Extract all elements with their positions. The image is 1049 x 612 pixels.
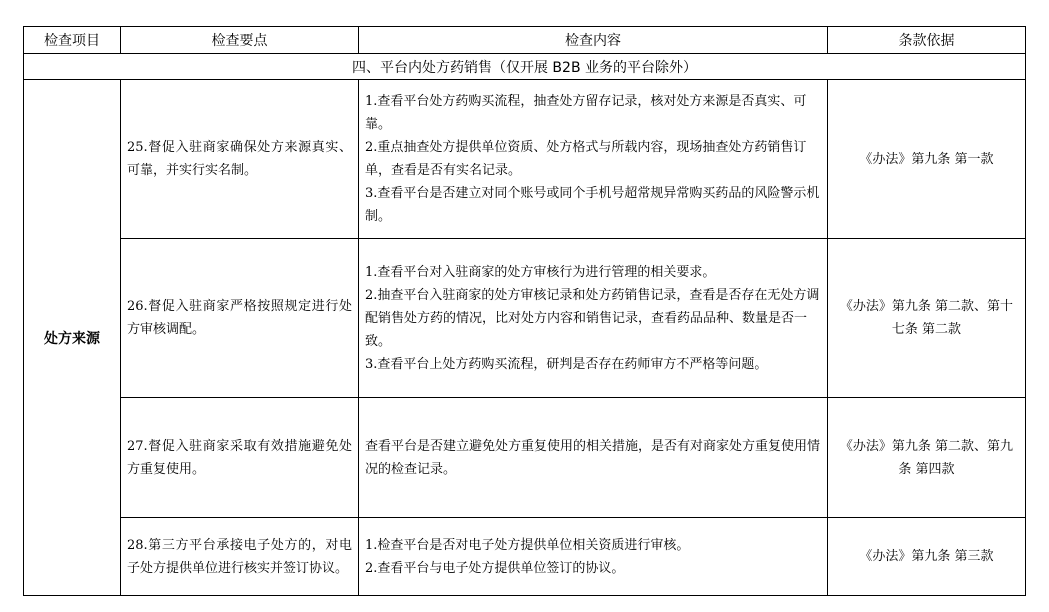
header-clause-basis: 条款依据 — [828, 27, 1026, 54]
table-row: 28.第三方平台承接电子处方的，对电子处方提供单位进行核实并签订协议。 1.检查… — [24, 518, 1026, 596]
section-title: 四、平台内处方药销售（仅开展 B2B 业务的平台除外） — [24, 54, 1026, 80]
inspection-point: 28.第三方平台承接电子处方的，对电子处方提供单位进行核实并签订协议。 — [121, 518, 359, 596]
inspection-point: 25.督促入驻商家确保处方来源真实、可靠，并实行实名制。 — [121, 80, 359, 239]
content-line: 3.查看平台上处方药购买流程，研判是否存在药师审方不严格等问题。 — [365, 353, 821, 376]
header-inspection-item: 检查项目 — [24, 27, 121, 54]
table-row: 27.督促入驻商家采取有效措施避免处方重复使用。 查看平台是否建立避免处方重复使… — [24, 398, 1026, 518]
inspection-content: 查看平台是否建立避免处方重复使用的相关措施，是否有对商家处方重复使用情况的检查记… — [359, 398, 828, 518]
clause-basis: 《办法》第九条 第三款 — [828, 518, 1026, 596]
header-row: 检查项目 检查要点 检查内容 条款依据 — [24, 27, 1026, 54]
content-line: 2.抽查平台入驻商家的处方审核记录和处方药销售记录，查看是否存在无处方调配销售处… — [365, 284, 821, 353]
section-row: 四、平台内处方药销售（仅开展 B2B 业务的平台除外） — [24, 54, 1026, 80]
inspection-content: 1.查看平台处方药购买流程，抽查处方留存记录，核对处方来源是否真实、可靠。 2.… — [359, 80, 828, 239]
clause-basis: 《办法》第九条 第一款 — [828, 80, 1026, 239]
content-line: 1.查看平台处方药购买流程，抽查处方留存记录，核对处方来源是否真实、可靠。 — [365, 90, 821, 136]
clause-basis: 《办法》第九条 第二款、第十七条 第二款 — [828, 239, 1026, 398]
inspection-table: 检查项目 检查要点 检查内容 条款依据 四、平台内处方药销售（仅开展 B2B 业… — [23, 26, 1026, 596]
table-row: 26.督促入驻商家严格按照规定进行处方审核调配。 1.查看平台对入驻商家的处方审… — [24, 239, 1026, 398]
category-cell: 处方来源 — [24, 80, 121, 596]
inspection-content: 1.检查平台是否对电子处方提供单位相关资质进行审核。 2.查看平台与电子处方提供… — [359, 518, 828, 596]
header-inspection-point: 检查要点 — [121, 27, 359, 54]
content-line: 1.查看平台对入驻商家的处方审核行为进行管理的相关要求。 — [365, 261, 821, 284]
header-inspection-content: 检查内容 — [359, 27, 828, 54]
content-line: 2.查看平台与电子处方提供单位签订的协议。 — [365, 557, 821, 580]
inspection-point: 27.督促入驻商家采取有效措施避免处方重复使用。 — [121, 398, 359, 518]
inspection-content: 1.查看平台对入驻商家的处方审核行为进行管理的相关要求。 2.抽查平台入驻商家的… — [359, 239, 828, 398]
content-line: 查看平台是否建立避免处方重复使用的相关措施，是否有对商家处方重复使用情况的检查记… — [365, 435, 821, 481]
content-line: 1.检查平台是否对电子处方提供单位相关资质进行审核。 — [365, 534, 821, 557]
clause-basis: 《办法》第九条 第二款、第九条 第四款 — [828, 398, 1026, 518]
inspection-point: 26.督促入驻商家严格按照规定进行处方审核调配。 — [121, 239, 359, 398]
table-row: 处方来源 25.督促入驻商家确保处方来源真实、可靠，并实行实名制。 1.查看平台… — [24, 80, 1026, 239]
content-line: 3.查看平台是否建立对同个账号或同个手机号超常规异常购买药品的风险警示机制。 — [365, 182, 821, 228]
content-line: 2.重点抽查处方提供单位资质、处方格式与所载内容，现场抽查处方药销售订单，查看是… — [365, 136, 821, 182]
